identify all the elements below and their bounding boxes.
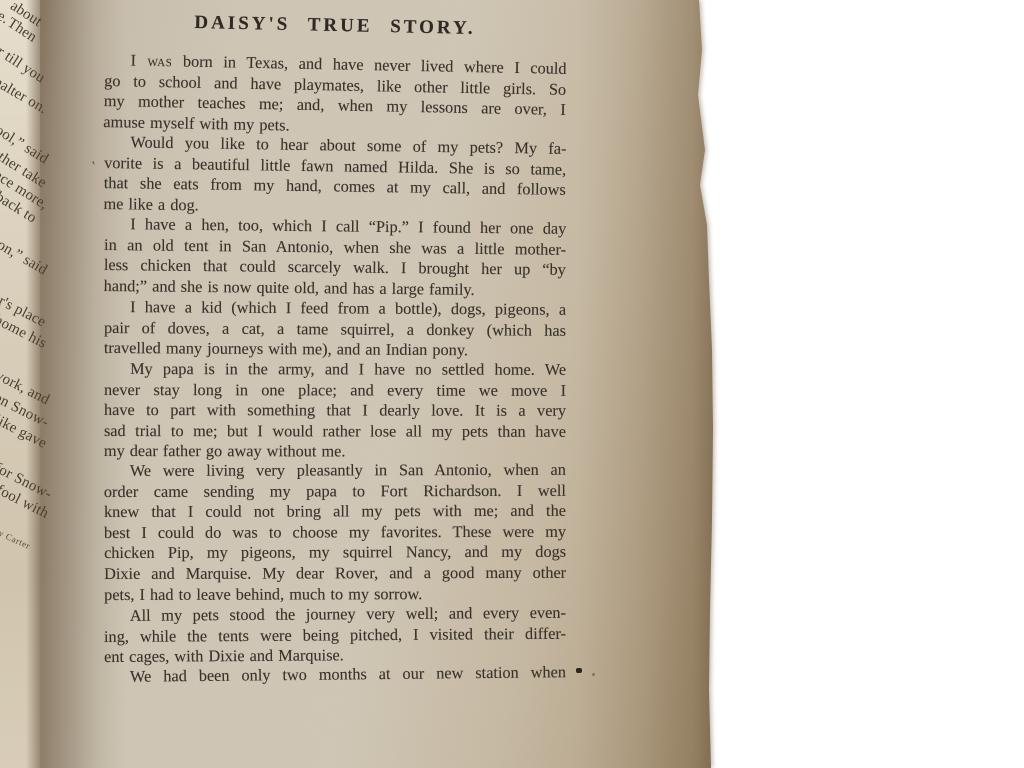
ink-dot — [592, 673, 595, 676]
story-paragraph: All my pets stood the journey very well;… — [104, 602, 566, 667]
text-line: knew that I could not bring all my pets … — [104, 501, 566, 523]
story-paragraph: My papa is in the army, and I have no se… — [104, 359, 566, 463]
story-paragraph: We had been only two months at our new s… — [104, 663, 566, 688]
text-line: My papa is in the army, and I have no se… — [104, 359, 566, 380]
text-line: never stay long in one place; and every … — [104, 379, 566, 400]
text-line: We were living very pleasantly in San An… — [104, 460, 566, 482]
text-line: ing, while the tents were being pitched,… — [104, 623, 566, 647]
page-text: DAISY'S TRUE STORY. I was born in Texas,… — [104, 16, 566, 688]
story-paragraph: Would you like to hear about some of my … — [103, 132, 566, 221]
facing-page-text-fragments: aboutse.Thener till youhalter on.tool,” … — [0, 0, 54, 768]
smallcaps-lead: I was — [130, 50, 172, 70]
text-line: sad trial to me; but I would rather lose… — [104, 420, 566, 441]
left-page-text-fragment: son,” said — [0, 234, 50, 279]
text-line: order came sending my papa to Fort Richa… — [104, 481, 566, 503]
text-line: We had been only two months at our new s… — [104, 663, 566, 688]
text-line: chicken Pip, my pigeons, my squirrel Nan… — [104, 543, 566, 565]
text-line: travelled many journeys with me), and an… — [104, 338, 566, 361]
page-fore-edge-shade — [578, 0, 713, 768]
ink-speck — [576, 668, 582, 673]
story-paragraph: We were living very pleasantly in San An… — [104, 460, 566, 605]
book-photo: aboutse.Thener till youhalter on.tool,” … — [0, 0, 1024, 768]
story-paragraph: I was born in Texas, and have never live… — [103, 50, 566, 141]
story-paragraph: I have a hen, too, which I call “Pip.” I… — [104, 214, 567, 301]
story-paragraph: I have a kid (which I feed from a bottle… — [104, 297, 566, 362]
text-line: Dixie and Marquise. My dear Rover, and a… — [104, 563, 566, 585]
left-page-text-fragment: y Carter — [0, 528, 32, 551]
text-line: pair of doves, a cat, a tame squirrel, a… — [104, 317, 566, 340]
text-line: I have a kid (which I feed from a bottle… — [104, 297, 566, 320]
text-line: best I could do was to choose my favorit… — [104, 522, 566, 544]
text-line: have to part with something that I dearl… — [104, 400, 566, 421]
story-body: I was born in Texas, and have never live… — [104, 50, 566, 688]
story-title: DAISY'S TRUE STORY. — [104, 11, 566, 41]
text-line: All my pets stood the journey very well;… — [104, 602, 566, 626]
